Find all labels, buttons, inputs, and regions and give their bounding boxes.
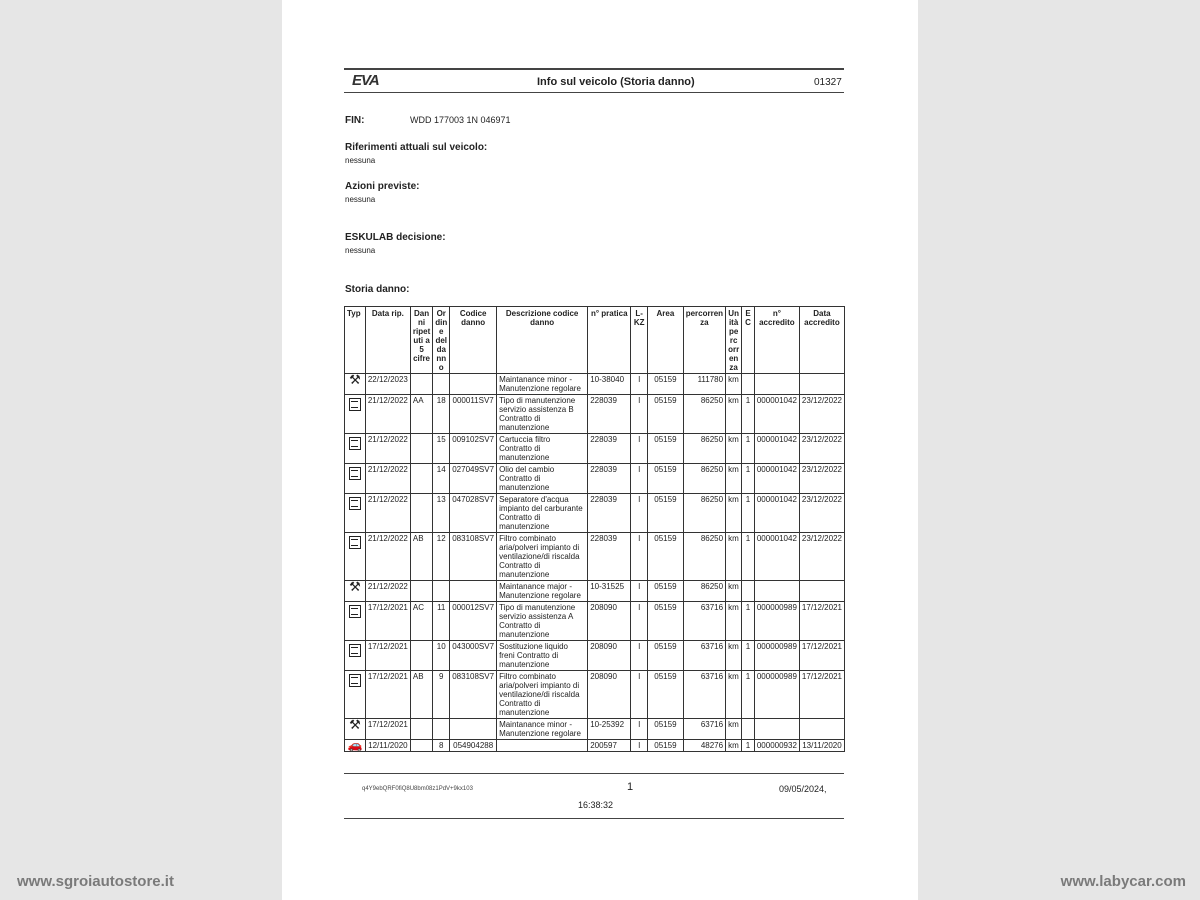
document-page: EVA Info sul veicolo (Storia danno) 0132… (282, 0, 918, 900)
cell-pratica: 208090 (588, 602, 631, 641)
cell-unita: km (726, 395, 742, 434)
cell-percorrenza: 86250 (683, 464, 725, 494)
cell-danni-ripetuti (410, 641, 432, 671)
document-icon (349, 644, 361, 657)
cell-ec: 1 (742, 494, 755, 533)
col-unita: Un ità pe rc orr en za (726, 307, 742, 374)
cell-percorrenza: 63716 (683, 641, 725, 671)
document-code: 01327 (814, 77, 842, 88)
cell-typ (345, 395, 366, 434)
cell-danni-ripetuti (410, 464, 432, 494)
cell-descrizione (497, 740, 588, 752)
cell-lkz: I (631, 671, 648, 719)
table-row: ⚒17/12/2021Maintanance minor - Manutenzi… (345, 719, 845, 740)
cell-danni-ripetuti (410, 719, 432, 740)
col-percorrenza: percorren za (683, 307, 725, 374)
cell-ordine: 12 (433, 533, 450, 581)
cell-accredito (754, 374, 799, 395)
footer-page-number: 1 (627, 781, 633, 793)
cell-ordine: 11 (433, 602, 450, 641)
cell-lkz: I (631, 719, 648, 740)
cell-pratica: 228039 (588, 494, 631, 533)
col-ordine: Or din e del da nn o (433, 307, 450, 374)
cell-codice-danno: 054904288 (450, 740, 497, 752)
cell-percorrenza: 48276 (683, 740, 725, 752)
cell-data-rip: 21/12/2022 (365, 464, 410, 494)
cell-pratica: 228039 (588, 395, 631, 434)
cell-lkz: I (631, 464, 648, 494)
table-row: 21/12/202215009102SV7Cartuccia filtro Co… (345, 434, 845, 464)
cell-descrizione: Maintanance minor - Manutenzione regolar… (497, 719, 588, 740)
cell-pratica: 10-25392 (588, 719, 631, 740)
cell-codice-danno: 083108SV7 (450, 533, 497, 581)
cell-ec (742, 374, 755, 395)
cell-data-rip: 21/12/2022 (365, 434, 410, 464)
wrench-icon: ⚒ (349, 720, 361, 729)
cell-percorrenza: 86250 (683, 395, 725, 434)
cell-area: 05159 (648, 434, 684, 464)
cell-lkz: I (631, 434, 648, 464)
cell-data-rip: 17/12/2021 (365, 719, 410, 740)
cell-codice-danno: 000012SV7 (450, 602, 497, 641)
table-row: 🚗12/11/20208054904288200597I0515948276km… (345, 740, 845, 752)
cell-area: 05159 (648, 740, 684, 752)
cell-descrizione: Cartuccia filtro Contratto di manutenzio… (497, 434, 588, 464)
cell-typ: ⚒ (345, 374, 366, 395)
section-storia-label: Storia danno: (345, 284, 409, 295)
footer-time: 16:38:32 (578, 800, 613, 810)
cell-danni-ripetuti: AB (410, 533, 432, 581)
cell-data-accredito (799, 581, 844, 602)
cell-ec: 1 (742, 740, 755, 752)
document-icon (349, 398, 361, 411)
cell-danni-ripetuti: AC (410, 602, 432, 641)
cell-codice-danno (450, 374, 497, 395)
car-icon: 🚗 (347, 741, 362, 750)
cell-ec: 1 (742, 464, 755, 494)
cell-descrizione: Maintanance minor - Manutenzione regolar… (497, 374, 588, 395)
cell-ordine: 9 (433, 671, 450, 719)
cell-lkz: I (631, 581, 648, 602)
cell-lkz: I (631, 641, 648, 671)
section-eskulab-label: ESKULAB decisione: (345, 232, 446, 243)
cell-codice-danno (450, 581, 497, 602)
table-header-row: Typ Data rip. Dan ni ripet uti a 5 cifre… (345, 307, 845, 374)
cell-ec: 1 (742, 395, 755, 434)
cell-percorrenza: 86250 (683, 434, 725, 464)
cell-danni-ripetuti (410, 434, 432, 464)
document-icon (349, 605, 361, 618)
cell-data-rip: 12/11/2020 (365, 740, 410, 752)
section-riferimenti-value: nessuna (345, 156, 375, 165)
wrench-icon: ⚒ (349, 582, 361, 591)
footer-document-code: q4Y9ebQRF0fiQ8U8bm08z1PdV+9kx103 (362, 786, 473, 792)
cell-ec: 1 (742, 641, 755, 671)
cell-accredito: 000000932 (754, 740, 799, 752)
table-row: 21/12/2022AA18000011SV7Tipo di manutenzi… (345, 395, 845, 434)
cell-descrizione: Olio del cambio Contratto di manutenzion… (497, 464, 588, 494)
footer-date: 09/05/2024, (779, 784, 827, 794)
cell-ec: 1 (742, 434, 755, 464)
cell-codice-danno: 009102SV7 (450, 434, 497, 464)
cell-percorrenza: 111780 (683, 374, 725, 395)
fin-label: FIN: (345, 115, 364, 126)
cell-ec: 1 (742, 671, 755, 719)
cell-area: 05159 (648, 671, 684, 719)
cell-accredito: 000000989 (754, 641, 799, 671)
cell-danni-ripetuti (410, 581, 432, 602)
document-icon (349, 497, 361, 510)
cell-data-accredito (799, 719, 844, 740)
cell-accredito (754, 581, 799, 602)
header-bottom-rule (344, 92, 844, 93)
cell-danni-ripetuti (410, 374, 432, 395)
cell-descrizione: Separatore d'acqua impianto del carburan… (497, 494, 588, 533)
cell-unita: km (726, 581, 742, 602)
cell-percorrenza: 86250 (683, 533, 725, 581)
cell-ordine: 13 (433, 494, 450, 533)
cell-data-rip: 17/12/2021 (365, 602, 410, 641)
cell-data-accredito: 17/12/2021 (799, 602, 844, 641)
cell-ordine: 10 (433, 641, 450, 671)
table-row: ⚒22/12/2023Maintanance minor - Manutenzi… (345, 374, 845, 395)
cell-area: 05159 (648, 581, 684, 602)
cell-unita: km (726, 641, 742, 671)
col-accredito: n° accredito (754, 307, 799, 374)
cell-ordine: 8 (433, 740, 450, 752)
cell-danni-ripetuti: AB (410, 671, 432, 719)
cell-unita: km (726, 464, 742, 494)
cell-percorrenza: 63716 (683, 719, 725, 740)
document-icon (349, 536, 361, 549)
cell-danni-ripetuti (410, 740, 432, 752)
col-data-accredito: Data accredito (799, 307, 844, 374)
storia-danno-table: Typ Data rip. Dan ni ripet uti a 5 cifre… (344, 306, 845, 752)
cell-data-rip: 21/12/2022 (365, 581, 410, 602)
table-row: 21/12/202213047028SV7Separatore d'acqua … (345, 494, 845, 533)
eva-logo: EVA (352, 72, 379, 89)
cell-typ (345, 671, 366, 719)
cell-data-rip: 17/12/2021 (365, 671, 410, 719)
cell-data-accredito: 23/12/2022 (799, 494, 844, 533)
cell-ec (742, 719, 755, 740)
col-pratica: n° pratica (588, 307, 631, 374)
cell-lkz: I (631, 602, 648, 641)
document-icon (349, 467, 361, 480)
footer-bottom-rule (344, 818, 844, 819)
header-top-rule (344, 68, 844, 70)
table-row: ⚒21/12/2022Maintanance major - Manutenzi… (345, 581, 845, 602)
cell-data-rip: 17/12/2021 (365, 641, 410, 671)
cell-codice-danno: 000011SV7 (450, 395, 497, 434)
cell-pratica: 228039 (588, 464, 631, 494)
cell-descrizione: Tipo di manutenzione servizio assistenza… (497, 395, 588, 434)
col-lkz: L-KZ (631, 307, 648, 374)
cell-danni-ripetuti (410, 494, 432, 533)
cell-ec: 1 (742, 533, 755, 581)
cell-typ (345, 602, 366, 641)
cell-data-accredito: 13/11/2020 (799, 740, 844, 752)
footer-top-rule (344, 773, 844, 774)
cell-percorrenza: 63716 (683, 602, 725, 641)
cell-ordine (433, 719, 450, 740)
cell-lkz: I (631, 374, 648, 395)
cell-data-accredito: 23/12/2022 (799, 395, 844, 434)
cell-ec (742, 581, 755, 602)
cell-pratica: 200597 (588, 740, 631, 752)
watermark-left: www.sgroiautostore.it (17, 873, 174, 890)
cell-accredito: 000001042 (754, 494, 799, 533)
col-area: Area (648, 307, 684, 374)
fin-value: WDD 177003 1N 046971 (410, 115, 511, 125)
cell-descrizione: Maintanance major - Manutenzione regolar… (497, 581, 588, 602)
document-icon (349, 437, 361, 450)
cell-ordine (433, 374, 450, 395)
cell-data-rip: 22/12/2023 (365, 374, 410, 395)
cell-unita: km (726, 533, 742, 581)
cell-typ (345, 434, 366, 464)
cell-descrizione: Tipo di manutenzione servizio assistenza… (497, 602, 588, 641)
cell-data-accredito: 17/12/2021 (799, 671, 844, 719)
cell-data-accredito: 23/12/2022 (799, 434, 844, 464)
table-row: 17/12/2021AB9083108SV7Filtro combinato a… (345, 671, 845, 719)
cell-pratica: 208090 (588, 671, 631, 719)
wrench-icon: ⚒ (349, 375, 361, 384)
cell-ec: 1 (742, 602, 755, 641)
cell-ordine: 15 (433, 434, 450, 464)
cell-typ (345, 533, 366, 581)
col-typ: Typ (345, 307, 366, 374)
cell-area: 05159 (648, 494, 684, 533)
cell-unita: km (726, 374, 742, 395)
document-title: Info sul veicolo (Storia danno) (537, 76, 695, 88)
cell-typ (345, 641, 366, 671)
cell-lkz: I (631, 740, 648, 752)
cell-ordine: 14 (433, 464, 450, 494)
cell-data-rip: 21/12/2022 (365, 494, 410, 533)
table-body: ⚒22/12/2023Maintanance minor - Manutenzi… (345, 374, 845, 752)
cell-area: 05159 (648, 719, 684, 740)
cell-area: 05159 (648, 464, 684, 494)
cell-typ: 🚗 (345, 740, 366, 752)
table-row: 17/12/202110043000SV7Sostituzione liquid… (345, 641, 845, 671)
cell-pratica: 208090 (588, 641, 631, 671)
cell-pratica: 10-31525 (588, 581, 631, 602)
cell-accredito: 000000989 (754, 671, 799, 719)
cell-typ (345, 464, 366, 494)
cell-typ: ⚒ (345, 719, 366, 740)
cell-typ: ⚒ (345, 581, 366, 602)
cell-percorrenza: 86250 (683, 494, 725, 533)
cell-unita: km (726, 719, 742, 740)
document-icon (349, 674, 361, 687)
cell-descrizione: Filtro combinato aria/polveri impianto d… (497, 533, 588, 581)
section-azioni-value: nessuna (345, 195, 375, 204)
col-descrizione: Descrizione codice danno (497, 307, 588, 374)
col-ec: E C (742, 307, 755, 374)
cell-danni-ripetuti: AA (410, 395, 432, 434)
cell-pratica: 228039 (588, 434, 631, 464)
col-codice-danno: Codice danno (450, 307, 497, 374)
cell-pratica: 228039 (588, 533, 631, 581)
cell-codice-danno: 047028SV7 (450, 494, 497, 533)
table-row: 21/12/202214027049SV7Olio del cambio Con… (345, 464, 845, 494)
cell-unita: km (726, 434, 742, 464)
col-danni-ripetuti: Dan ni ripet uti a 5 cifre (410, 307, 432, 374)
cell-accredito: 000001042 (754, 434, 799, 464)
cell-codice-danno: 083108SV7 (450, 671, 497, 719)
cell-descrizione: Sostituzione liquido freni Contratto di … (497, 641, 588, 671)
cell-data-accredito: 23/12/2022 (799, 533, 844, 581)
cell-percorrenza: 63716 (683, 671, 725, 719)
cell-accredito: 000001042 (754, 395, 799, 434)
cell-data-accredito: 23/12/2022 (799, 464, 844, 494)
watermark-right: www.labycar.com (1061, 873, 1186, 890)
cell-area: 05159 (648, 374, 684, 395)
cell-lkz: I (631, 395, 648, 434)
cell-codice-danno: 043000SV7 (450, 641, 497, 671)
cell-unita: km (726, 671, 742, 719)
cell-ordine: 18 (433, 395, 450, 434)
section-azioni-label: Azioni previste: (345, 181, 419, 192)
cell-accredito: 000000989 (754, 602, 799, 641)
cell-unita: km (726, 740, 742, 752)
cell-data-rip: 21/12/2022 (365, 395, 410, 434)
cell-codice-danno (450, 719, 497, 740)
col-data-rip: Data rip. (365, 307, 410, 374)
cell-area: 05159 (648, 641, 684, 671)
cell-accredito: 000001042 (754, 533, 799, 581)
cell-descrizione: Filtro combinato aria/polveri impianto d… (497, 671, 588, 719)
section-eskulab-value: nessuna (345, 246, 375, 255)
section-riferimenti-label: Riferimenti attuali sul veicolo: (345, 142, 487, 153)
cell-data-rip: 21/12/2022 (365, 533, 410, 581)
cell-area: 05159 (648, 602, 684, 641)
cell-unita: km (726, 602, 742, 641)
cell-typ (345, 494, 366, 533)
table-row: 21/12/2022AB12083108SV7Filtro combinato … (345, 533, 845, 581)
cell-codice-danno: 027049SV7 (450, 464, 497, 494)
cell-lkz: I (631, 533, 648, 581)
cell-lkz: I (631, 494, 648, 533)
cell-accredito (754, 719, 799, 740)
cell-percorrenza: 86250 (683, 581, 725, 602)
cell-area: 05159 (648, 533, 684, 581)
cell-accredito: 000001042 (754, 464, 799, 494)
cell-data-accredito (799, 374, 844, 395)
cell-unita: km (726, 494, 742, 533)
cell-pratica: 10-38040 (588, 374, 631, 395)
table-row: 17/12/2021AC11000012SV7Tipo di manutenzi… (345, 602, 845, 641)
cell-data-accredito: 17/12/2021 (799, 641, 844, 671)
cell-ordine (433, 581, 450, 602)
cell-area: 05159 (648, 395, 684, 434)
